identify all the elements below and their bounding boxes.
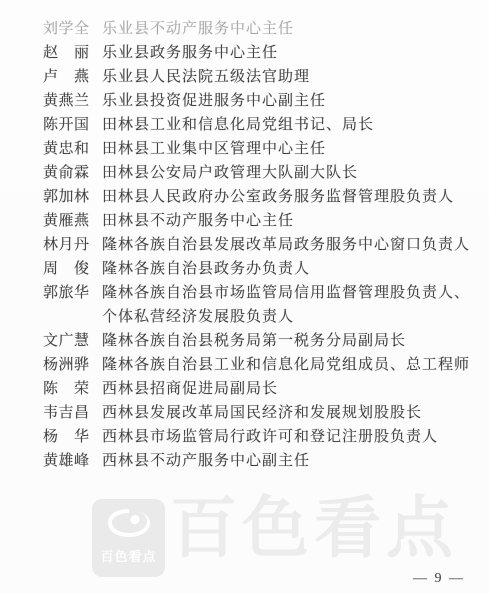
person-name: 赵 丽 xyxy=(43,41,102,65)
person-titles: 西林县不动产服务中心副主任 xyxy=(102,449,477,473)
person-title: 隆林各族自治县市场监管局信用监督管理股负责人、 xyxy=(102,281,477,305)
person-name: 杨 华 xyxy=(43,425,102,449)
roster-row: 赵 丽乐业县政务服务中心主任 xyxy=(43,41,477,65)
person-name: 郭加林 xyxy=(43,185,102,209)
person-titles: 乐业县不动产服务中心主任 xyxy=(102,17,477,41)
person-titles: 田林县公安局户政管理大队副大队长 xyxy=(102,161,477,185)
person-name: 周 俊 xyxy=(43,257,102,281)
roster-row: 林月丹隆林各族自治县发展改革局政务服务中心窗口负责人 xyxy=(43,233,477,257)
person-titles: 乐业县人民法院五级法官助理 xyxy=(102,65,477,89)
roster-row: 韦吉昌西林县发展改革局国民经济和发展规划股股长 xyxy=(43,401,477,425)
person-title: 隆林各族自治县政务办负责人 xyxy=(102,257,477,281)
roster-row: 文广慧隆林各族自治县税务局第一税务分局副局长 xyxy=(43,329,477,353)
person-name: 韦吉昌 xyxy=(43,401,102,425)
person-titles: 西林县招商促进局副局长 xyxy=(102,377,477,401)
person-title: 西林县不动产服务中心副主任 xyxy=(102,449,477,473)
person-name: 刘学全 xyxy=(43,17,102,41)
person-titles: 乐业县投资促进服务中心副主任 xyxy=(102,89,477,113)
person-titles: 田林县工业集中区管理中心主任 xyxy=(102,137,477,161)
person-titles: 田林县不动产服务中心主任 xyxy=(102,209,477,233)
person-titles: 田林县工业和信息化局党组书记、局长 xyxy=(102,113,477,137)
roster-row: 黄燕兰乐业县投资促进服务中心副主任 xyxy=(43,89,477,113)
person-name: 文广慧 xyxy=(43,329,102,353)
person-title: 田林县工业和信息化局党组书记、局长 xyxy=(102,113,477,137)
person-title: 西林县市场监管局行政许可和登记注册股负责人 xyxy=(102,425,477,449)
person-name: 陈 荣 xyxy=(43,377,102,401)
roster-row: 黄雄峰西林县不动产服务中心副主任 xyxy=(43,449,477,473)
person-name: 黄雄峰 xyxy=(43,449,102,473)
roster-row: 陈 荣西林县招商促进局副局长 xyxy=(43,377,477,401)
person-title: 隆林各族自治县发展改革局政务服务中心窗口负责人 xyxy=(102,233,477,257)
roster-row: 郭加林田林县人民政府办公室政务服务监督管理股负责人 xyxy=(43,185,477,209)
person-name: 杨洲骅 xyxy=(43,353,102,377)
person-titles: 西林县市场监管局行政许可和登记注册股负责人 xyxy=(102,425,477,449)
person-title: 田林县不动产服务中心主任 xyxy=(102,209,477,233)
person-name: 黄俞霖 xyxy=(43,161,102,185)
roster-row: 周 俊隆林各族自治县政务办负责人 xyxy=(43,257,477,281)
person-title: 西林县招商促进局副局长 xyxy=(102,377,477,401)
page-number: — 9 — xyxy=(413,571,465,587)
person-title: 西林县发展改革局国民经济和发展规划股股长 xyxy=(102,401,477,425)
person-name: 黄雁燕 xyxy=(43,209,102,233)
roster-row: 郭旅华隆林各族自治县市场监管局信用监督管理股负责人、个体私营经济发展股负责人 xyxy=(43,281,477,329)
person-name: 卢 燕 xyxy=(43,65,102,89)
person-titles: 乐业县政务服务中心主任 xyxy=(102,41,477,65)
person-name: 郭旅华 xyxy=(43,281,102,305)
roster-row: 黄俞霖田林县公安局户政管理大队副大队长 xyxy=(43,161,477,185)
person-titles: 田林县人民政府办公室政务服务监督管理股负责人 xyxy=(102,185,477,209)
person-titles: 隆林各族自治县税务局第一税务分局副局长 xyxy=(102,329,477,353)
person-title: 乐业县政务服务中心主任 xyxy=(102,41,477,65)
person-titles: 西林县发展改革局国民经济和发展规划股股长 xyxy=(102,401,477,425)
swirl-logo-icon xyxy=(104,499,154,544)
person-title: 隆林各族自治县税务局第一税务分局副局长 xyxy=(102,329,477,353)
person-title: 田林县公安局户政管理大队副大队长 xyxy=(102,161,477,185)
person-name: 陈开国 xyxy=(43,113,102,137)
person-titles: 隆林各族自治县工业和信息化局党组成员、总工程师 xyxy=(102,353,477,377)
watermark-badge: 百色看点 xyxy=(92,499,165,577)
person-title: 隆林各族自治县工业和信息化局党组成员、总工程师 xyxy=(102,353,477,377)
roster-row: 卢 燕乐业县人民法院五级法官助理 xyxy=(43,65,477,89)
person-title: 田林县工业集中区管理中心主任 xyxy=(102,137,477,161)
roster-row: 黄雁燕田林县不动产服务中心主任 xyxy=(43,209,477,233)
person-titles: 隆林各族自治县市场监管局信用监督管理股负责人、个体私营经济发展股负责人 xyxy=(102,281,477,329)
roster-row: 刘学全乐业县不动产服务中心主任 xyxy=(43,17,477,41)
personnel-roster: 刘学全乐业县不动产服务中心主任赵 丽乐业县政务服务中心主任卢 燕乐业县人民法院五… xyxy=(43,17,477,473)
roster-row: 杨 华西林县市场监管局行政许可和登记注册股负责人 xyxy=(43,425,477,449)
person-titles: 隆林各族自治县政务办负责人 xyxy=(102,257,477,281)
document-page: 刘学全乐业县不动产服务中心主任赵 丽乐业县政务服务中心主任卢 燕乐业县人民法院五… xyxy=(0,0,489,593)
roster-row: 杨洲骅隆林各族自治县工业和信息化局党组成员、总工程师 xyxy=(43,353,477,377)
person-title: 乐业县不动产服务中心主任 xyxy=(102,17,477,41)
person-title: 个体私营经济发展股负责人 xyxy=(102,305,477,329)
person-titles: 隆林各族自治县发展改革局政务服务中心窗口负责人 xyxy=(102,233,477,257)
watermark-big-text: 百色看点 xyxy=(170,492,458,566)
person-name: 黄忠和 xyxy=(43,137,102,161)
watermark-badge-label: 百色看点 xyxy=(100,546,156,565)
person-title: 乐业县投资促进服务中心副主任 xyxy=(102,89,477,113)
person-name: 黄燕兰 xyxy=(43,89,102,113)
roster-row: 黄忠和田林县工业集中区管理中心主任 xyxy=(43,137,477,161)
roster-row: 陈开国田林县工业和信息化局党组书记、局长 xyxy=(43,113,477,137)
person-title: 田林县人民政府办公室政务服务监督管理股负责人 xyxy=(102,185,477,209)
person-name: 林月丹 xyxy=(43,233,102,257)
person-title: 乐业县人民法院五级法官助理 xyxy=(102,65,477,89)
